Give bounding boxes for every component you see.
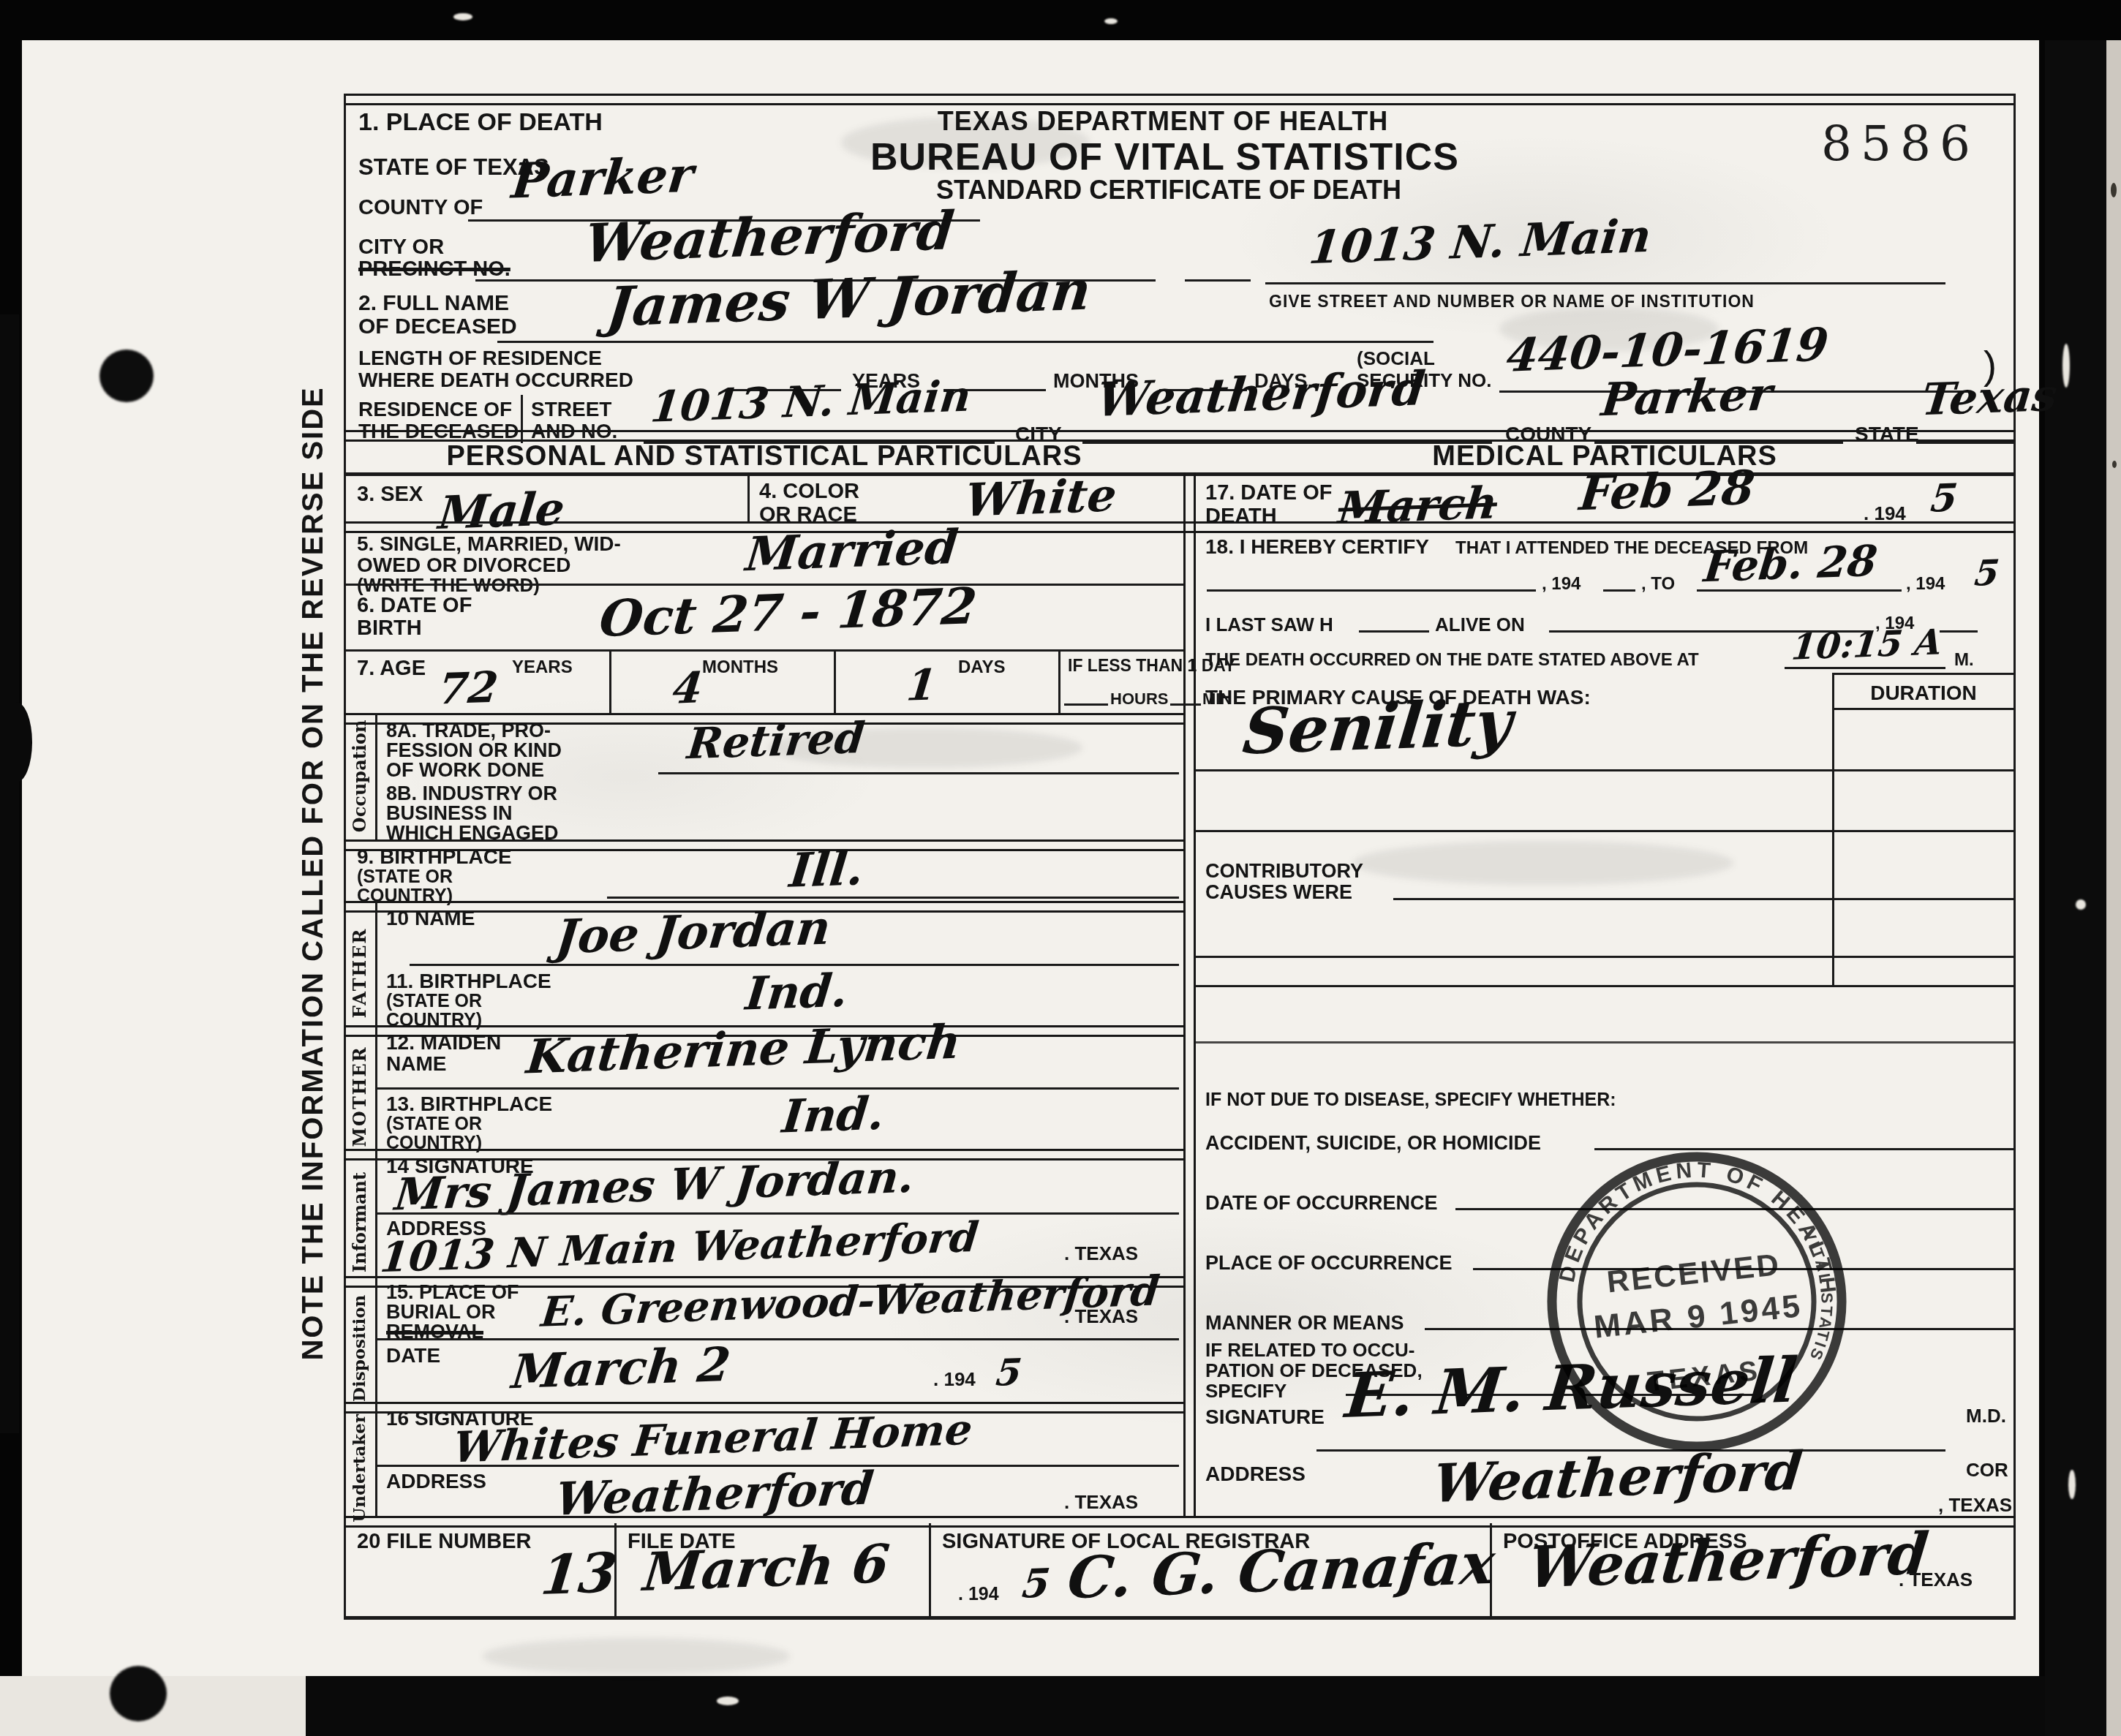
scan-artifact	[1104, 18, 1118, 24]
u-addr-label: ADDRESS	[386, 1470, 486, 1492]
occ8a-label-1: 8A. TRADE, PRO-	[386, 720, 551, 741]
d17-year-digit: 5	[1929, 479, 1959, 518]
res-state-handwritten: Texas	[1920, 374, 2060, 423]
marital-handwritten: Married	[744, 524, 960, 578]
cause-line-3	[1195, 956, 2014, 958]
cause-line-1	[1195, 769, 2014, 771]
duration-header-line	[1832, 708, 2014, 710]
file-date-year-digit: 5	[1020, 1563, 1052, 1604]
undertaker-group-bar	[375, 1402, 377, 1516]
duration-box-top	[1832, 673, 2014, 675]
scan-artifact	[2111, 183, 2117, 197]
duration-label: DURATION	[1832, 682, 2015, 704]
d-date-handwritten: March 2	[510, 1342, 733, 1397]
certificate-number: 8586	[1821, 117, 1979, 171]
u-addr-texas: . TEXAS	[1064, 1492, 1138, 1513]
scan-left-black-edge	[0, 314, 19, 1433]
informant-group-label: Informant	[350, 1149, 370, 1295]
med-signature-label: SIGNATURE	[1205, 1405, 1325, 1428]
age-divider	[609, 652, 611, 713]
county-handwritten: Parker	[510, 151, 696, 205]
age-divider	[1058, 652, 1060, 713]
u-addr-handwritten: Weatherford	[554, 1465, 875, 1522]
min-blank	[1170, 703, 1201, 706]
street-handwritten: 1013 N. Main	[1307, 214, 1654, 271]
if-not-label: IF NOT DUE TO DISEASE, SPECIFY WHETHER:	[1205, 1090, 1616, 1110]
med-address-label: ADDRESS	[1205, 1463, 1306, 1485]
color-handwritten: White	[963, 472, 1119, 523]
res-city-handwritten: Weatherford	[1095, 366, 1428, 424]
c18-blank-1	[1207, 589, 1536, 592]
postoffice-texas: . TEXAS	[1899, 1569, 1973, 1590]
last-saw-blank-1	[1359, 630, 1429, 633]
scan-artifact	[2112, 461, 2117, 468]
c18-digit: 5	[1973, 555, 2000, 591]
header-separator	[344, 430, 2016, 442]
county-of-label: COUNTY OF	[358, 196, 483, 219]
contributory-label-2: CAUSES WERE	[1205, 881, 1352, 903]
occurred-time: 10:15 A	[1790, 624, 1944, 665]
last-saw-label-1: I LAST SAW H	[1205, 614, 1333, 635]
occ8b-label-1: 8B. INDUSTRY OR	[386, 782, 557, 804]
row-line	[377, 1338, 1179, 1340]
place-of-death-label: 1. PLACE OF DEATH	[358, 108, 603, 136]
full-name-label-1: 2. FULL NAME	[358, 291, 509, 316]
sex-label: 3. SEX	[357, 483, 423, 506]
file-number-handwritten: 13	[538, 1546, 619, 1603]
row-line	[377, 1087, 1179, 1090]
d17-struck-month: March	[1336, 481, 1499, 531]
d17-year-printed: . 194	[1864, 503, 1906, 524]
last-saw-blank-3	[1940, 630, 1978, 633]
full-name-underline	[497, 341, 1434, 343]
full-name-label-2: OF DECEASED	[358, 314, 517, 339]
file-date-handwritten: March 6	[641, 1537, 892, 1599]
stamp-state-text: TEXAS	[1646, 1355, 1763, 1397]
m13-label-2: (STATE OR	[386, 1114, 482, 1134]
form-left-border	[344, 94, 346, 1620]
age-divider	[834, 652, 836, 713]
row-line	[344, 521, 2016, 533]
hours-label: HOURS	[1110, 690, 1168, 709]
dob-label-1: 6. DATE OF	[357, 594, 472, 617]
blank-line	[1195, 1041, 2014, 1044]
d-date-year-digit: 5	[994, 1354, 1023, 1391]
f11-label-1: 11. BIRTHPLACE	[386, 970, 551, 992]
contributory-line	[1393, 898, 2014, 900]
occ8a-handwritten: Retired	[685, 717, 867, 766]
f11-label-2: (STATE OR	[386, 991, 482, 1011]
d17-label-2: DEATH	[1205, 505, 1277, 528]
res-street-handwritten: 1013 N. Main	[649, 374, 973, 429]
form-bottom-border	[344, 1616, 2016, 1620]
scan-right-edge-strip	[2106, 40, 2121, 1736]
scan-artifact	[717, 1697, 739, 1705]
m13-label-1: 13. BIRTHPLACE	[386, 1092, 552, 1115]
scan-bottom-black-band	[306, 1676, 2121, 1736]
c18-194b: , 194	[1906, 575, 1945, 595]
i-addr-texas: . TEXAS	[1064, 1243, 1138, 1264]
bp9-label-2: (STATE OR	[357, 867, 453, 887]
accident-label: ACCIDENT, SUICIDE, OR HOMICIDE	[1205, 1132, 1541, 1154]
cause-handwritten: Senility	[1240, 691, 1515, 763]
scan-artifact	[2076, 899, 2086, 910]
date-occ-label: DATE OF OCCURRENCE	[1205, 1192, 1438, 1214]
city-underline-dash	[1185, 279, 1251, 282]
scan-artifact	[2062, 344, 2070, 388]
registrar-handwritten: C. G. Canafax	[1065, 1536, 1498, 1608]
residence-length-label-2: WHERE DEATH OCCURRED	[358, 369, 633, 391]
residence-of-label: RESIDENCE OF	[358, 398, 512, 420]
scan-artifact	[2068, 1470, 2076, 1499]
occupation-group-label: Occupation	[350, 703, 370, 849]
bp9-underline	[607, 897, 1179, 899]
file-date-year-printed: . 194	[958, 1584, 999, 1604]
d-date-year-printed: . 194	[933, 1369, 976, 1390]
bp9-handwritten: Ill.	[788, 845, 867, 895]
age-months-label: MONTHS	[702, 658, 778, 678]
full-name-handwritten: James W Jordan	[604, 263, 1093, 334]
age-years-label: YEARS	[512, 658, 573, 678]
city-handwritten: Weatherford	[582, 204, 956, 270]
d15-label-2: BURIAL OR	[386, 1301, 496, 1323]
marital-label-1: 5. SINGLE, MARRIED, WID-	[357, 532, 621, 555]
occupation-group-bar	[375, 713, 377, 839]
banner-bottom-line	[344, 472, 2016, 476]
occurred-label: THE DEATH OCCURRED ON THE DATE STATED AB…	[1205, 651, 1699, 671]
dob-label-2: BIRTH	[357, 616, 422, 640]
scan-left-edge-bulge	[0, 702, 32, 782]
age-years-value: 72	[437, 665, 500, 710]
occurred-m: M.	[1954, 651, 1974, 671]
f10-label: 10 NAME	[386, 907, 475, 929]
standard-title: STANDARD CERTIFICATE OF DEATH	[936, 176, 1390, 205]
duration-box-bottom	[1195, 985, 2014, 987]
contributory-label-1: CONTRIBUTORY	[1205, 860, 1363, 882]
personal-banner: PERSONAL AND STATISTICAL PARTICULARS	[344, 441, 1185, 472]
occurred-blank	[1785, 667, 1945, 669]
duration-box-left	[1832, 673, 1834, 985]
city-or-label: CITY OR	[358, 235, 444, 259]
d-date-label: DATE	[386, 1344, 440, 1367]
age-label: 7. AGE	[357, 657, 426, 680]
form-top-border	[344, 94, 2016, 105]
res-county-handwritten: Parker	[1600, 371, 1774, 423]
last-saw-label-2: ALIVE ON	[1435, 614, 1525, 635]
precinct-no-label: PRECINCT NO.	[358, 257, 511, 281]
residence-length-label-1: LENGTH OF RESIDENCE	[358, 347, 602, 369]
occ8b-label-2: BUSINESS IN	[386, 802, 513, 824]
mother-group-label: MOTHER	[350, 1023, 370, 1169]
f11-handwritten: Ind.	[744, 967, 850, 1016]
hours-blank	[1064, 703, 1108, 706]
bottom-divider	[929, 1523, 931, 1617]
street-caption: GIVE STREET AND NUMBER OR NAME OF INSTIT…	[1269, 293, 1755, 312]
street-no-label-1: STREET	[531, 398, 611, 420]
c18-194a: , 194	[1542, 575, 1581, 595]
md-label: M.D.	[1966, 1405, 2006, 1427]
row-line	[344, 649, 1183, 652]
dob-handwritten: Oct 27 - 1872	[598, 581, 979, 644]
age-days-value: 1	[905, 663, 938, 707]
d15-label-1: 15. PLACE OF	[386, 1281, 519, 1303]
street-underline	[1265, 282, 1945, 284]
column-divider	[1183, 472, 1196, 1516]
scan-right-black-band	[2045, 40, 2106, 1736]
bp9-label-1: 9. BIRTHPLACE	[357, 845, 512, 868]
c18-label-1: 18. I HEREBY CERTIFY	[1205, 535, 1429, 558]
cor-label: COR	[1966, 1460, 2008, 1481]
postoffice-handwritten: Weatherford	[1526, 1525, 1931, 1596]
occ8a-label-3: OF WORK DONE	[386, 759, 544, 781]
m13-handwritten: Ind.	[780, 1090, 886, 1139]
occ8a-underline	[658, 772, 1179, 774]
d17-label-1: 17. DATE OF	[1205, 481, 1333, 505]
c18-blank-2	[1603, 589, 1635, 592]
age-days-label: DAYS	[958, 658, 1005, 678]
m12-label-2: NAME	[386, 1052, 446, 1075]
stamp-received-text: RECEIVED	[1605, 1247, 1782, 1299]
c18-to: , TO	[1641, 575, 1675, 595]
place-occ-label: PLACE OF OCCURRENCE	[1205, 1252, 1453, 1274]
file-number-label: 20 FILE NUMBER	[357, 1530, 531, 1553]
occ8a-label-2: FESSION OR KIND	[386, 739, 562, 761]
f10-handwritten: Joe Jordan	[554, 905, 833, 961]
dept-title: TEXAS DEPARTMENT OF HEALTH	[936, 107, 1390, 136]
marital-label-2: OWED OR DIVORCED	[357, 554, 570, 576]
bleed-through-smudge	[483, 1638, 790, 1675]
row-line	[377, 1212, 1179, 1215]
age-months-value: 4	[671, 666, 704, 710]
d15-texas: . TEXAS	[1064, 1306, 1138, 1327]
form-right-border	[2013, 94, 2016, 1620]
d17-handwritten: Feb 28	[1578, 465, 1757, 518]
bureau-title: BUREAU OF VITAL STATISTICS	[870, 136, 1455, 178]
bleed-through-smudge	[1353, 841, 1733, 885]
c18-blank-3	[1697, 589, 1902, 592]
hole-punch	[110, 1666, 167, 1721]
hole-punch	[99, 350, 154, 402]
m12-label-1: 12. MAIDEN	[386, 1031, 501, 1054]
cause-line-2	[1195, 830, 2014, 832]
related-label-3: SPECIFY	[1205, 1381, 1286, 1402]
sex-color-divider	[747, 475, 750, 521]
scan-artifact	[453, 13, 472, 20]
received-stamp: DEPARTMENT OF HEALTH VITAL STATISTICS RE…	[1524, 1129, 1870, 1475]
color-label-1: 4. COLOR	[759, 480, 859, 503]
manner-label: MANNER OR MEANS	[1205, 1312, 1404, 1334]
reverse-side-note: NOTE THE INFORMATION CALLED FOR ON THE R…	[297, 339, 330, 1407]
scanned-death-certificate: NOTE THE INFORMATION CALLED FOR ON THE R…	[0, 0, 2121, 1736]
father-group-bar	[375, 901, 377, 1025]
c18-handwritten: Feb. 28	[1702, 540, 1880, 589]
med-address-texas: , TEXAS	[1938, 1495, 2012, 1516]
